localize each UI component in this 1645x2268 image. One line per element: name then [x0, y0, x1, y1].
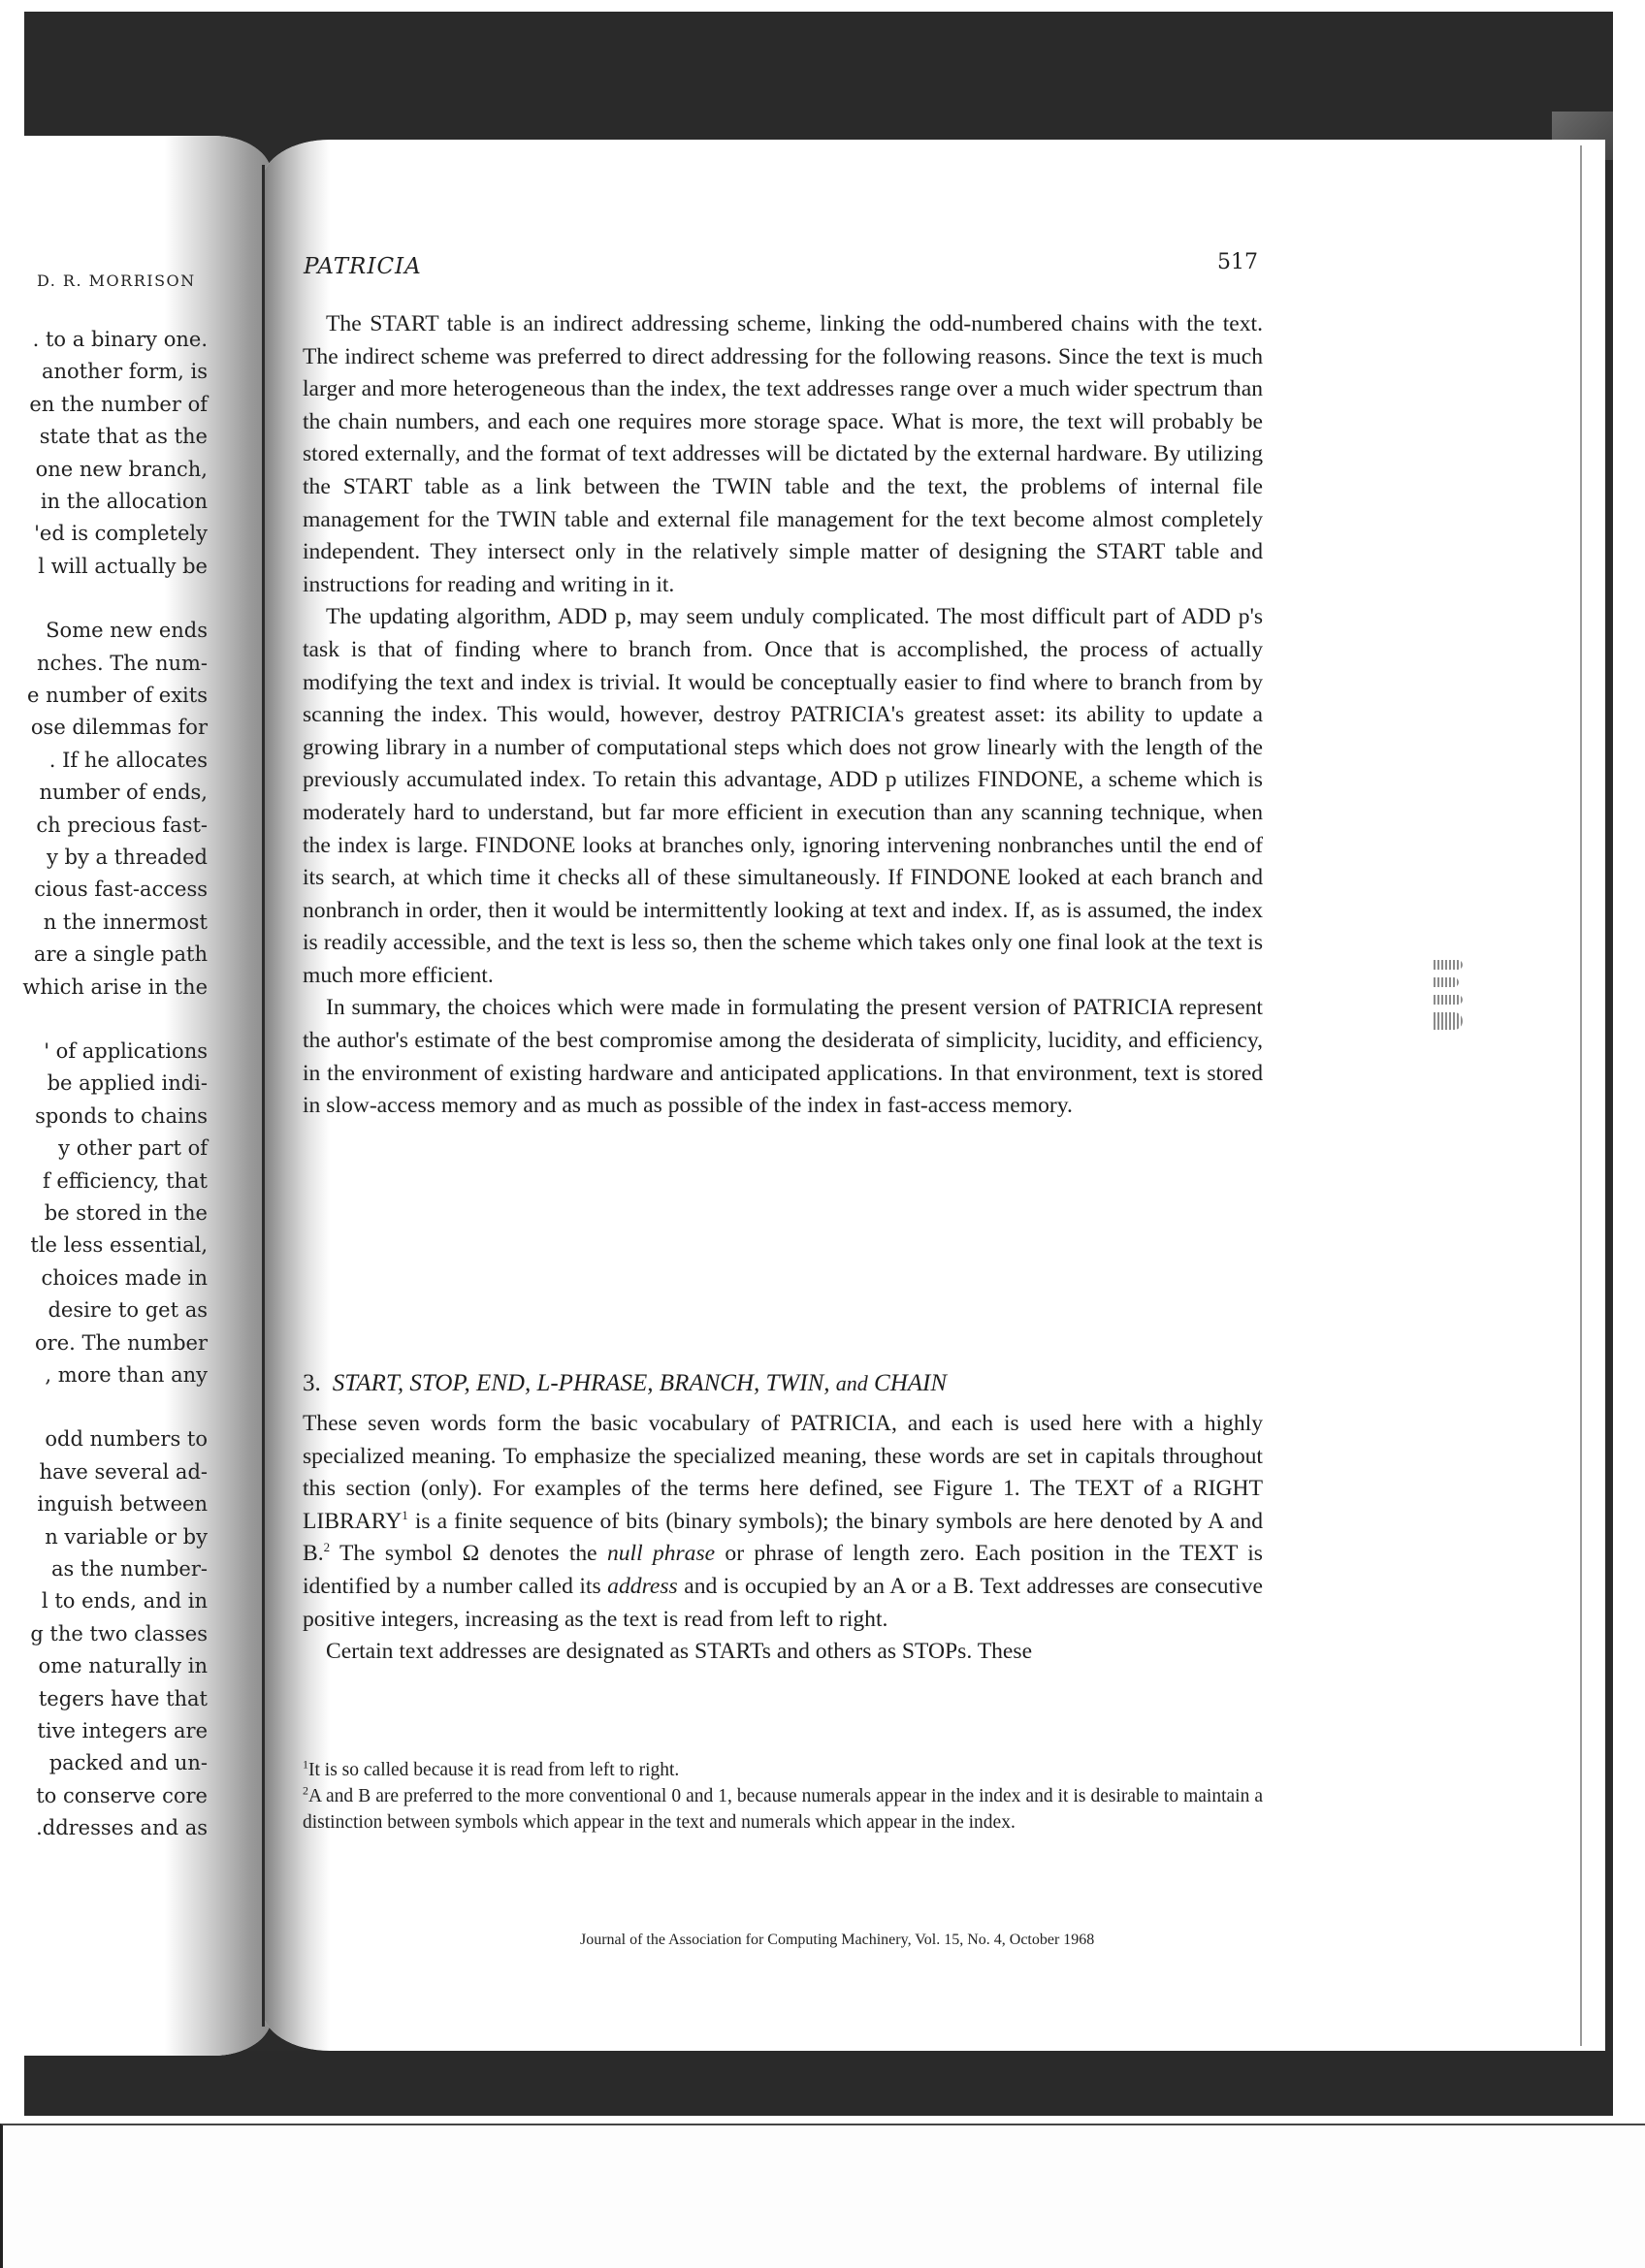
left-page-line: tive integers are: [0, 1715, 208, 1747]
left-page-line: ore. The number: [0, 1327, 208, 1359]
left-page-line: l to ends, and in: [0, 1585, 208, 1617]
left-page-line: tle less essential,: [0, 1230, 208, 1262]
footnote-1: 1It is so called because it is read from…: [303, 1757, 1263, 1783]
left-page-line: cious fast-access: [0, 874, 208, 906]
body-text-section: These seven words form the basic vocabul…: [303, 1408, 1263, 1669]
left-page-line: packed and un-: [0, 1747, 208, 1779]
journal-citation-footer: Journal of the Association for Computing…: [580, 1932, 1094, 1949]
section-title-and: and: [836, 1371, 868, 1395]
left-page-line: nches. The num-: [0, 648, 208, 680]
left-page-line: state that as the: [0, 421, 208, 453]
left-page-line: l will actually be: [0, 551, 208, 583]
section-title-last: CHAIN: [874, 1370, 947, 1396]
left-page-line: which arise in the: [0, 972, 208, 1004]
left-page-line: ch precious fast-: [0, 810, 208, 842]
left-running-head: D. R. MORRISON: [37, 272, 196, 290]
paragraph-start-table: The START table is an indirect addressin…: [303, 308, 1263, 601]
left-page-line: be applied indi-: [0, 1068, 208, 1100]
section-title: START, STOP, END, L-PHRASE, BRANCH, TWIN…: [333, 1370, 830, 1396]
left-page-line: to conserve core: [0, 1780, 208, 1812]
section-number: 3.: [303, 1370, 321, 1396]
term-null-phrase: null phrase: [607, 1541, 715, 1566]
left-page-line: y by a threaded: [0, 842, 208, 874]
left-page-line: sponds to chains: [0, 1101, 208, 1133]
paragraph-starts-stops: Certain text addresses are designated as…: [303, 1636, 1263, 1669]
paragraph-vocabulary: These seven words form the basic vocabul…: [303, 1408, 1263, 1636]
left-page-line: one new branch,: [0, 454, 208, 486]
left-page-line: ' of applications: [0, 1036, 208, 1068]
page-number: 517: [1217, 250, 1258, 274]
left-page-line: f efficiency, that: [0, 1166, 208, 1198]
bleed-through-mark: [1434, 960, 1463, 1071]
body-text-upper: The START table is an indirect addressin…: [303, 308, 1263, 1123]
left-page-line: number of ends,: [0, 777, 208, 809]
term-address: address: [607, 1574, 678, 1599]
left-page-line: another form, is: [0, 356, 208, 388]
running-head: PATRICIA: [304, 254, 422, 279]
left-page-line: n variable or by: [0, 1521, 208, 1553]
left-page-line: inguish between: [0, 1488, 208, 1520]
left-page-line: n the innermost: [0, 907, 208, 939]
book-spine-line: [262, 165, 265, 2027]
left-page-line: 'ed is completely: [0, 518, 208, 550]
left-page-line: have several ad-: [0, 1456, 208, 1488]
left-page-line: be stored in the: [0, 1198, 208, 1230]
left-page-line: , more than any: [0, 1359, 208, 1391]
scanner-bottom-band: [24, 2051, 1613, 2116]
left-page-line: en the number of: [0, 389, 208, 421]
left-page-line: are a single path: [0, 939, 208, 971]
paragraph-updating-algorithm: The updating algorithm, ADD p, may seem …: [303, 601, 1263, 992]
paragraph-summary: In summary, the choices which were made …: [303, 992, 1263, 1122]
left-page-line: e number of exits: [0, 680, 208, 712]
left-page-line: . If he allocates: [0, 745, 208, 777]
left-page-line: odd numbers to: [0, 1423, 208, 1455]
left-page-line: as the number-: [0, 1553, 208, 1585]
left-page-line: y other part of: [0, 1133, 208, 1165]
left-page-line: choices made in: [0, 1262, 208, 1294]
left-page-line: tegers have that: [0, 1683, 208, 1715]
left-page-line: .ddresses and as: [0, 1812, 208, 1844]
left-page-line: in the allocation: [0, 486, 208, 518]
left-page-line: g the two classes: [0, 1618, 208, 1650]
section-heading: 3.START, STOP, END, L-PHRASE, BRANCH, TW…: [303, 1370, 947, 1397]
left-page-line: . to a binary one.: [0, 324, 208, 356]
scanner-top-band: [24, 12, 1613, 140]
footnote-2: 2A and B are preferred to the more conve…: [303, 1783, 1263, 1836]
page-edge-line: [1580, 145, 1582, 2046]
lower-sheet: [0, 2124, 1645, 2268]
left-page-line: ose dilemmas for: [0, 712, 208, 744]
left-page-line: desire to get as: [0, 1294, 208, 1326]
footnotes: 1It is so called because it is read from…: [303, 1757, 1263, 1836]
left-page-line: Some new ends: [0, 615, 208, 647]
left-page-line: ome naturally in: [0, 1650, 208, 1682]
